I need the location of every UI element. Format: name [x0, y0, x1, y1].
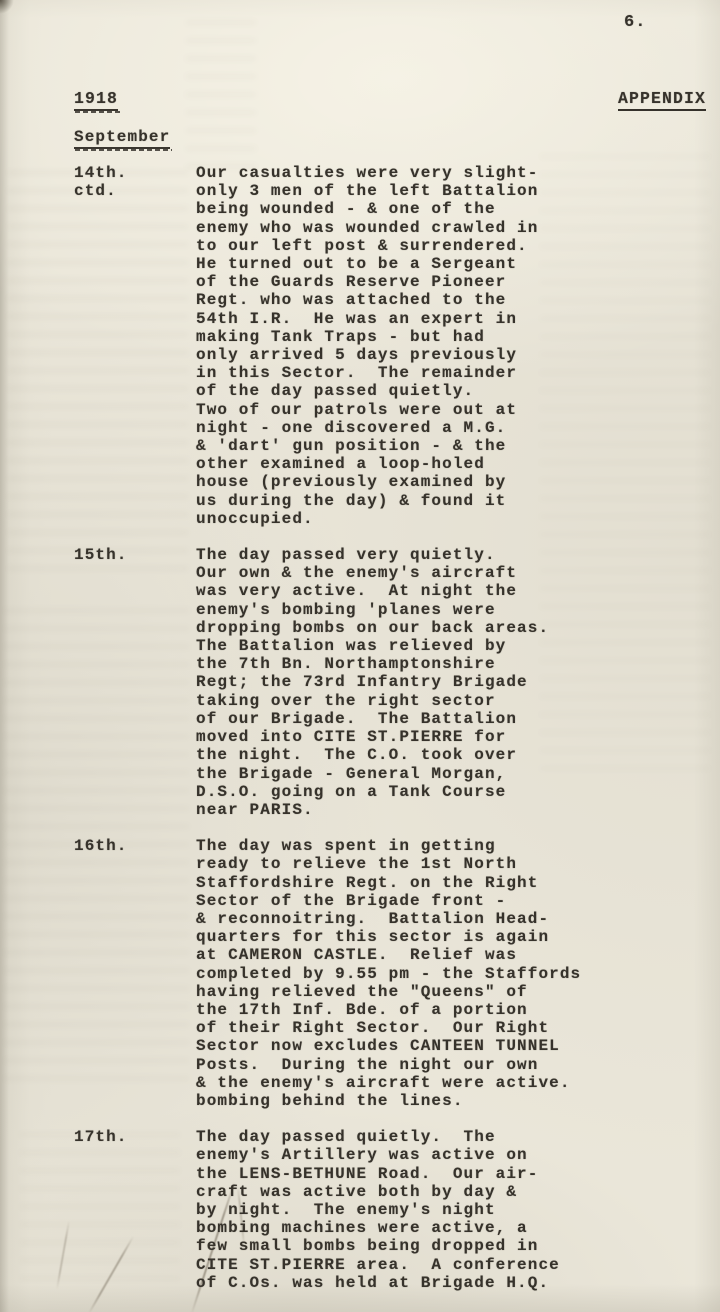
year-heading-text: 1918 [74, 90, 118, 111]
diary-entry-14th: 14th. ctd. Our casualties were very slig… [74, 164, 704, 528]
page-number: 6. [624, 14, 647, 32]
diary-entry-15th: 15th. The day passed very quietly. Our o… [74, 546, 704, 819]
diary-entries: 14th. ctd. Our casualties were very slig… [74, 164, 704, 1310]
page-corner-shadow [0, 0, 14, 14]
entry-text: Our casualties were very slight- only 3 … [196, 164, 704, 528]
appendix-heading-text: APPENDIX [618, 90, 706, 111]
entry-date: 16th. [74, 837, 196, 855]
diary-entry-17th: 17th. The day passed quietly. The enemy'… [74, 1128, 704, 1292]
entry-text: The day passed quietly. The enemy's Arti… [196, 1128, 704, 1292]
diary-entry-16th: 16th. The day was spent in getting ready… [74, 837, 704, 1110]
month-heading: September [74, 128, 170, 149]
entry-text: The day passed very quietly. Our own & t… [196, 546, 704, 819]
crease-line [56, 1220, 70, 1289]
year-heading: 1918 [74, 90, 118, 111]
entry-date: 17th. [74, 1128, 196, 1146]
entry-date: 15th. [74, 546, 196, 564]
war-diary-page: 6. 1918 APPENDIX September 14th. ctd. Ou… [0, 0, 720, 1312]
entry-date: 14th. ctd. [74, 164, 196, 200]
bleed-through-smudge [186, 8, 256, 168]
month-heading-text: September [74, 128, 170, 149]
entry-text: The day was spent in getting ready to re… [196, 837, 704, 1110]
appendix-heading: APPENDIX [618, 90, 706, 111]
